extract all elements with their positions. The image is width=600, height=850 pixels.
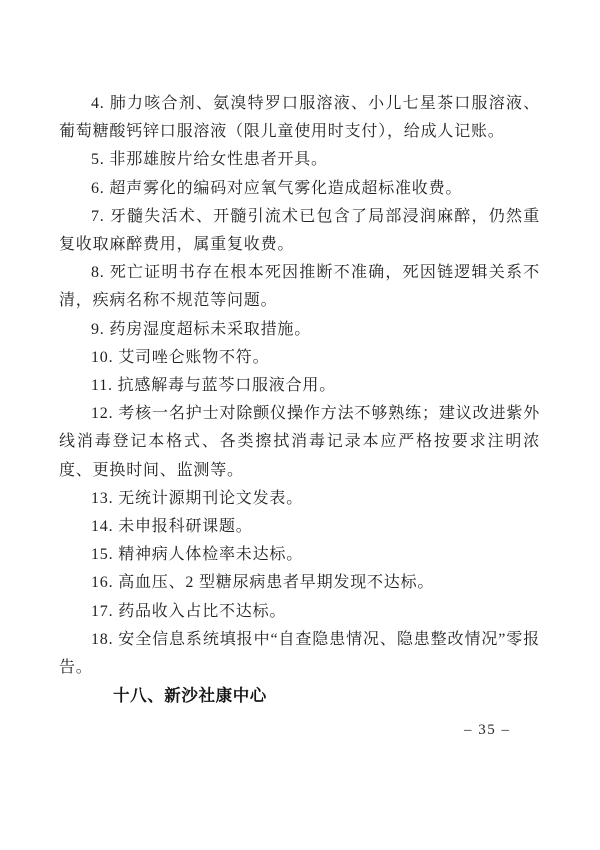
list-item-13: 13. 无统计源期刊论文发表。 <box>59 485 540 513</box>
list-item-8: 8. 死亡证明书存在根本死因推断不准确，死因链逻辑关系不清，疾病名称不规范等问题… <box>59 259 540 315</box>
page-number: – 35 – <box>464 722 511 738</box>
list-item-18: 18. 安全信息系统填报中“自查隐患情况、隐患整改情况”零报告。 <box>59 626 540 682</box>
list-item-9: 9. 药房湿度超标未采取措施。 <box>59 316 540 344</box>
list-item-7: 7. 牙髓失活术、开髓引流术已包含了局部浸润麻醉，仍然重复收取麻醉费用，属重复收… <box>59 203 540 259</box>
list-item-4: 4. 肺力咳合剂、氨溴特罗口服溶液、小儿七星茶口服溶液、葡萄糖酸钙锌口服溶液（限… <box>59 90 540 146</box>
list-item-16: 16. 高血压、2 型糖尿病患者早期发现不达标。 <box>59 569 540 597</box>
list-item-12: 12. 考核一名护士对除颤仪操作方法不够熟练；建议改进紫外线消毒登记本格式、各类… <box>59 400 540 485</box>
document-body: 4. 肺力咳合剂、氨溴特罗口服溶液、小儿七星茶口服溶液、葡萄糖酸钙锌口服溶液（限… <box>59 90 540 710</box>
document-page: 4. 肺力咳合剂、氨溴特罗口服溶液、小儿七星茶口服溶液、葡萄糖酸钙锌口服溶液（限… <box>0 0 600 850</box>
list-item-11: 11. 抗感解毒与蓝芩口服液合用。 <box>59 372 540 400</box>
list-item-10: 10. 艾司唑仑账物不符。 <box>59 344 540 372</box>
list-item-15: 15. 精神病人体检率未达标。 <box>59 541 540 569</box>
section-heading: 十八、新沙社康中心 <box>59 682 540 710</box>
list-item-6: 6. 超声雾化的编码对应氧气雾化造成超标准收费。 <box>59 175 540 203</box>
list-item-5: 5. 非那雄胺片给女性患者开具。 <box>59 146 540 174</box>
list-item-14: 14. 未申报科研课题。 <box>59 513 540 541</box>
list-item-17: 17. 药品收入占比不达标。 <box>59 598 540 626</box>
